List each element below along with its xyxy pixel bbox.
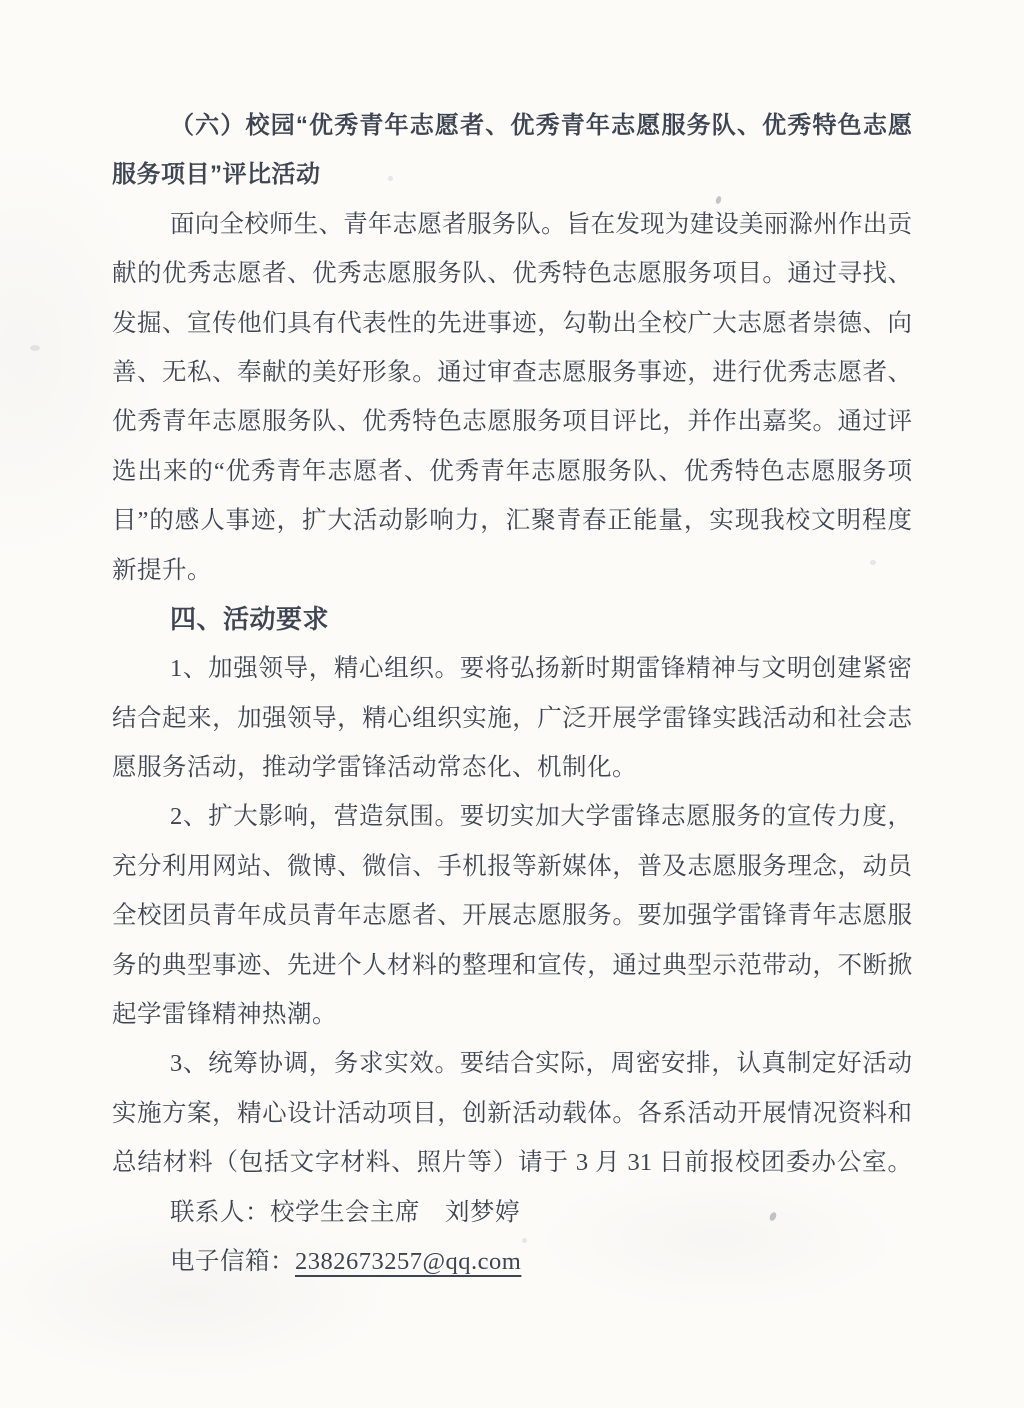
scan-speck [388, 176, 393, 181]
body-line: 面向全校师生、青年志愿者服务队。旨在发现为建设美丽滁州作出贡 [112, 200, 912, 249]
email-label: 电子信箱： [170, 1248, 295, 1275]
body-line: 起学雷锋精神热潮。 [112, 990, 912, 1039]
body-line: 1、加强领导，精心组织。要将弘扬新时期雷锋精神与文明创建紧密 [112, 644, 912, 693]
body-line: 新提升。 [112, 546, 912, 595]
body-line: 2、扩大影响，营造氛围。要切实加大学雷锋志愿服务的宣传力度， [112, 792, 912, 841]
document-body: （六）校园“优秀青年志愿者、优秀青年志愿服务队、优秀特色志愿服务项目”评比活动面… [112, 101, 912, 1286]
body-line: 3、统筹协调，务求实效。要结合实际，周密安排，认真制定好活动 [112, 1039, 912, 1088]
body-line: 全校团员青年成员青年志愿者、开展志愿服务。要加强学雷锋青年志愿服 [112, 891, 912, 940]
section-heading-line: 四、活动要求 [112, 595, 912, 644]
body-line: 充分利用网站、微博、微信、手机报等新媒体，普及志愿服务理念，动员 [112, 842, 912, 891]
body-line: 务的典型事迹、先进个人材料的整理和宣传，通过典型示范带动，不断掀 [112, 941, 912, 990]
body-line: 选出来的“优秀青年志愿者、优秀青年志愿服务队、优秀特色志愿服务项 [112, 447, 912, 496]
scan-speck [870, 560, 876, 565]
contact-line: 联系人：校学生会主席 刘梦婷 [112, 1188, 912, 1237]
section-heading-line: （六）校园“优秀青年志愿者、优秀青年志愿服务队、优秀特色志愿 [112, 101, 912, 150]
body-line: 发掘、宣传他们具有代表性的先进事迹，勾勒出全校广大志愿者崇德、向 [112, 299, 912, 348]
body-line: 愿服务活动，推动学雷锋活动常态化、机制化。 [112, 743, 912, 792]
email-line: 电子信箱：2382673257@qq.com [112, 1237, 912, 1286]
section-heading-line: 服务项目”评比活动 [112, 150, 912, 199]
body-line: 结合起来，加强领导，精心组织实施，广泛开展学雷锋实践活动和社会志 [112, 694, 912, 743]
body-line: 优秀青年志愿服务队、优秀特色志愿服务项目评比，并作出嘉奖。通过评 [112, 397, 912, 446]
scan-speck [30, 345, 40, 351]
body-line: 实施方案，精心设计活动项目，创新活动载体。各系活动开展情况资料和 [112, 1089, 912, 1138]
email-address: 2382673257@qq.com [295, 1248, 521, 1275]
body-line: 献的优秀志愿者、优秀志愿服务队、优秀特色志愿服务项目。通过寻找、 [112, 249, 912, 298]
body-line: 总结材料（包括文字材料、照片等）请于 3 月 31 日前报校团委办公室。 [112, 1138, 912, 1187]
scanned-document-page: （六）校园“优秀青年志愿者、优秀青年志愿服务队、优秀特色志愿服务项目”评比活动面… [0, 0, 1024, 1408]
scan-speck [522, 1238, 527, 1243]
body-line: 目”的感人事迹，扩大活动影响力，汇聚青春正能量，实现我校文明程度 [112, 496, 912, 545]
body-line: 善、无私、奉献的美好形象。通过审查志愿服务事迹，进行优秀志愿者、 [112, 348, 912, 397]
